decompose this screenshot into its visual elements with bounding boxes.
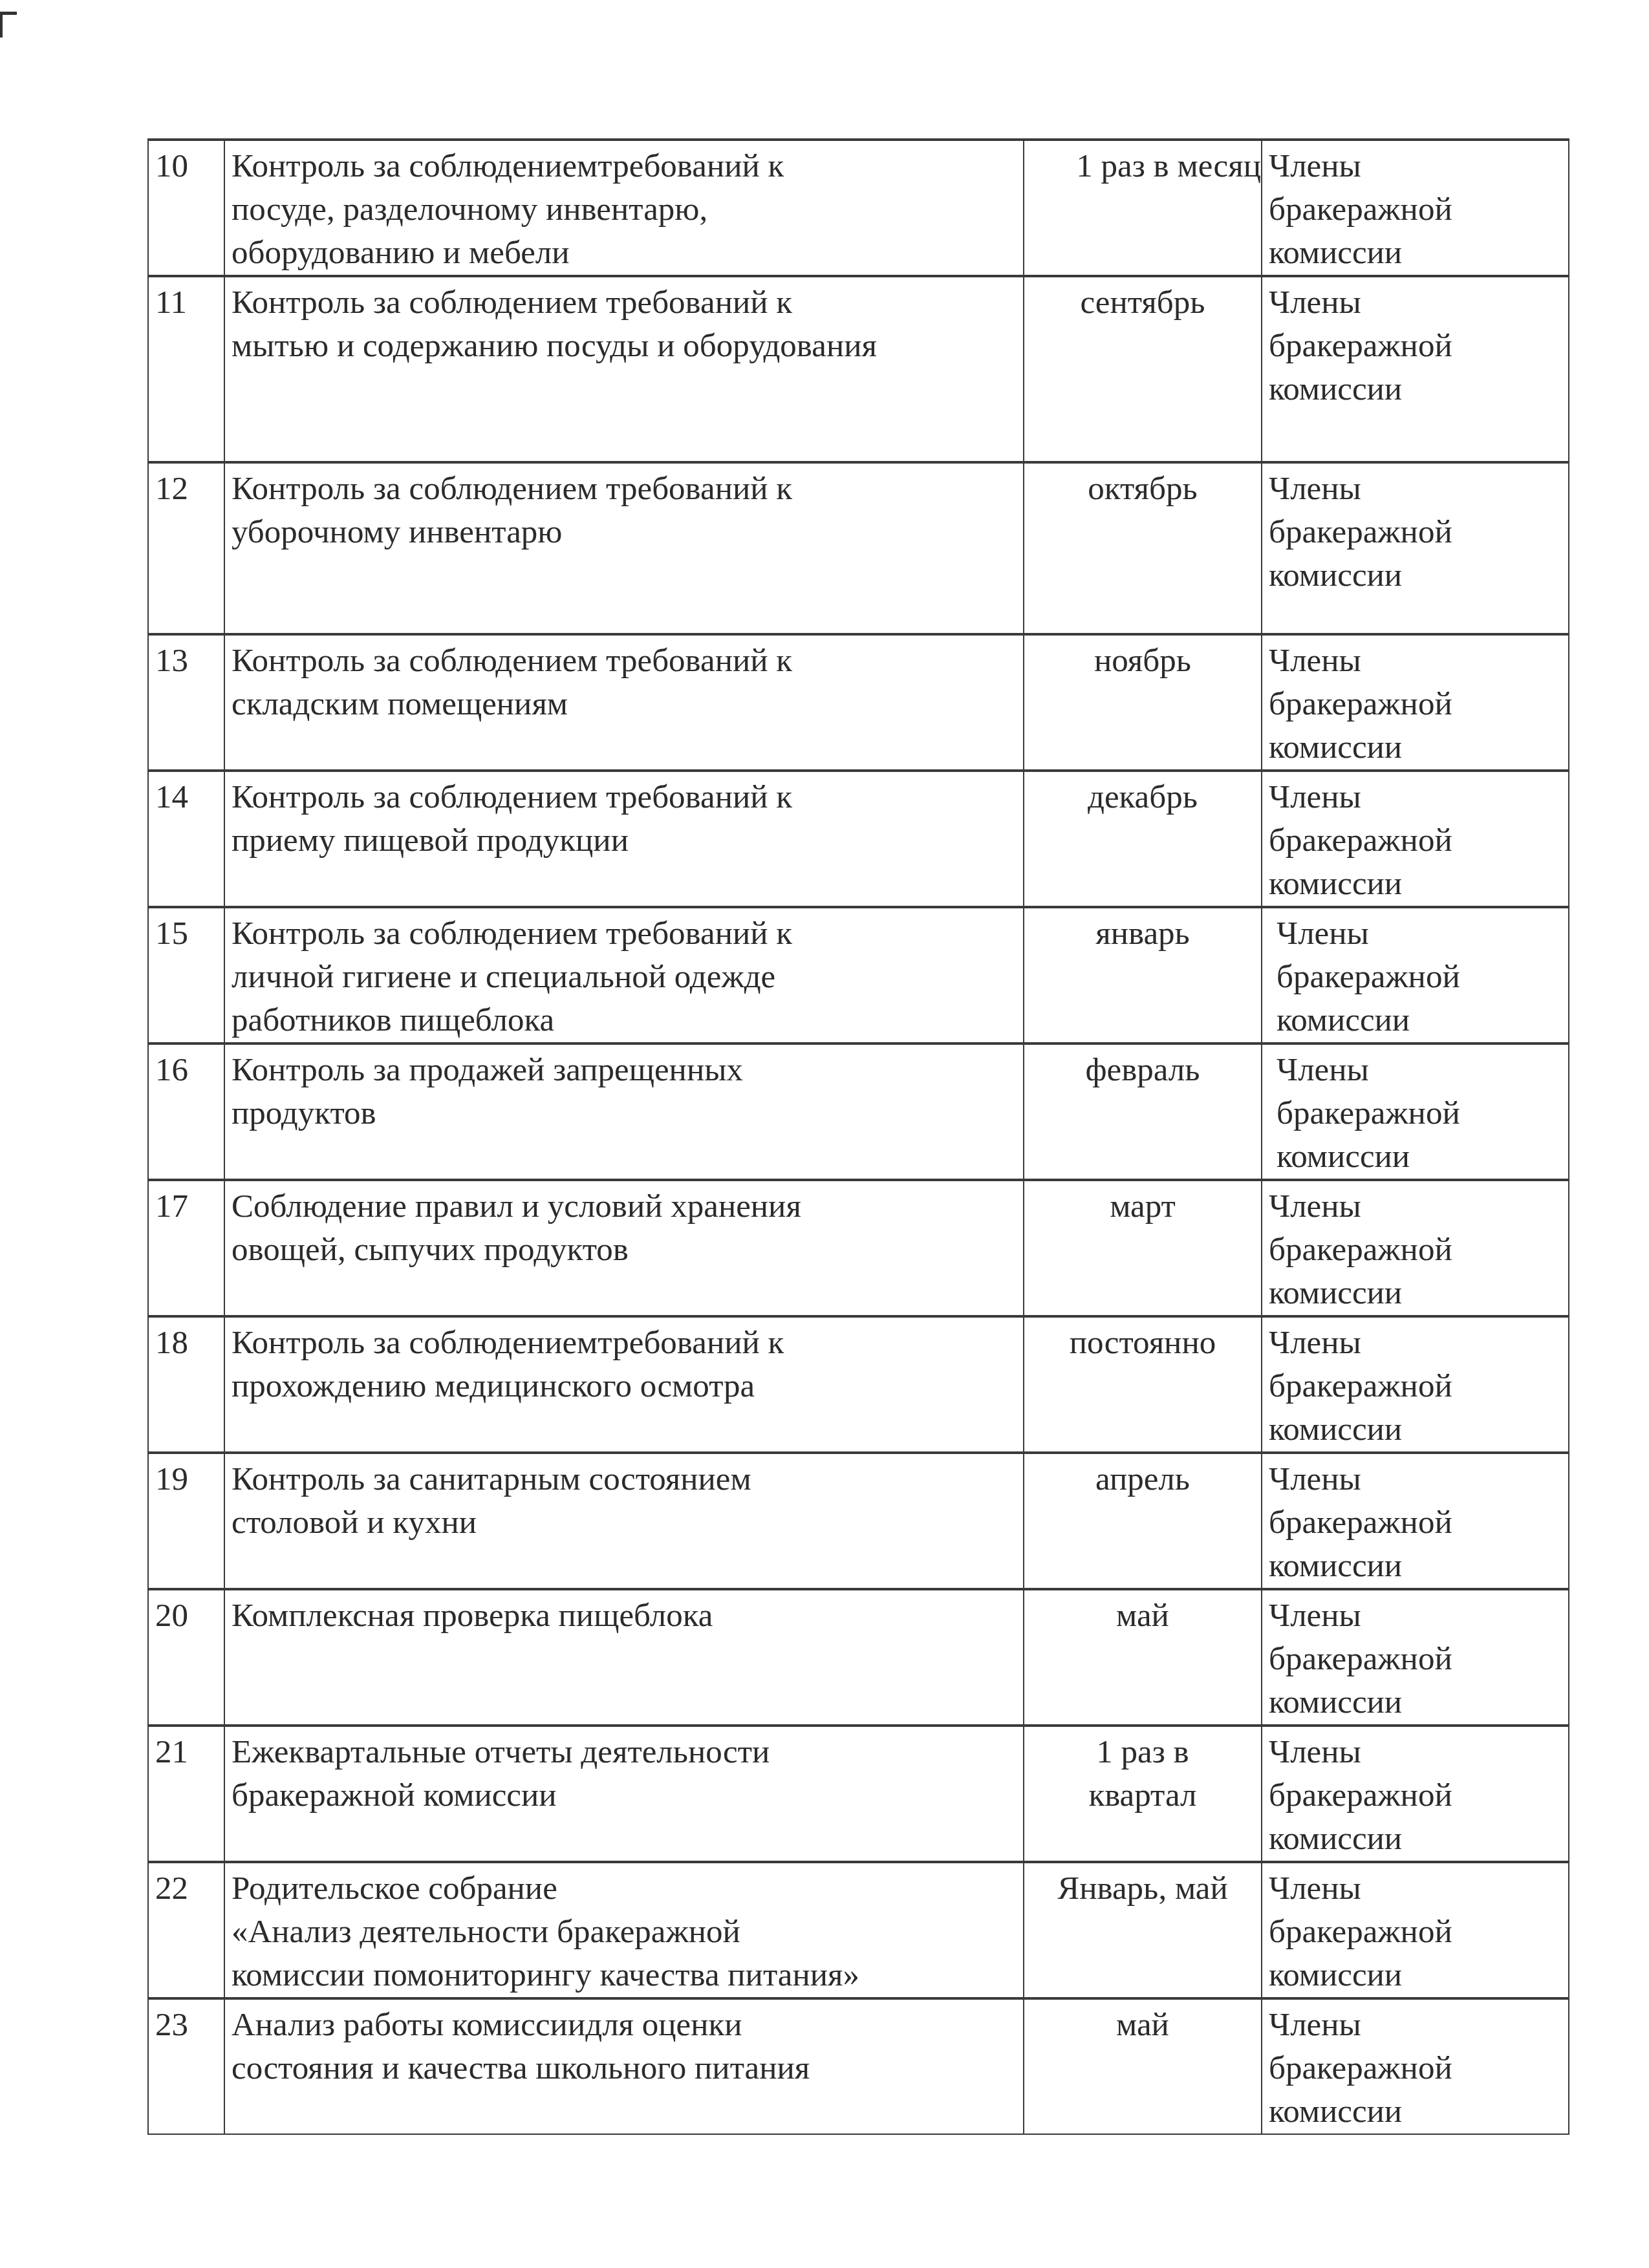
task-text-line: «Анализ деятельности бракеражной xyxy=(232,1910,1017,1954)
task-text-line: Комплексная проверка пищеблока xyxy=(232,1594,1017,1638)
schedule-cell: сентябрь xyxy=(1024,276,1262,462)
task-text-line: продуктов xyxy=(232,1092,1017,1135)
schedule-cell: 1 раз в месяц xyxy=(1024,140,1262,276)
responsible-text-line: комиссии xyxy=(1277,999,1562,1042)
task-text-line: состояния и качества школьного питания xyxy=(232,2047,1017,2090)
task-text-line: Анализ работы комиссиидля оценки xyxy=(232,2004,1017,2047)
row-number: 12 xyxy=(148,462,224,634)
row-number: 22 xyxy=(148,1862,224,1998)
responsible-text-line: Члены xyxy=(1269,145,1562,188)
responsible-cell: Членыбракеражнойкомиссии xyxy=(1262,1589,1569,1726)
responsible-text-line: бракеражной xyxy=(1269,1774,1562,1817)
row-number: 21 xyxy=(148,1726,224,1862)
responsible-text-line: бракеражной xyxy=(1269,188,1562,231)
task-text-line: Контроль за санитарным состоянием xyxy=(232,1458,1017,1501)
table-row: 22Родительское собрание «Анализ деятельн… xyxy=(148,1862,1569,1998)
table-body: 10Контроль за соблюдениемтребований кпос… xyxy=(148,140,1569,2134)
task-cell: Контроль за продажей запрещенныхпродукто… xyxy=(224,1043,1024,1180)
task-text-line: посуде, разделочному инвентарю, xyxy=(232,188,1017,231)
responsible-text-line: Члены xyxy=(1269,281,1562,325)
responsible-text-line: бракеражной xyxy=(1269,1365,1562,1408)
task-text-line: работников пищеблока xyxy=(232,999,1017,1042)
task-cell: Родительское собрание «Анализ деятельнос… xyxy=(224,1862,1024,1998)
schedule-cell: октябрь xyxy=(1024,462,1262,634)
schedule-cell: май xyxy=(1024,1998,1262,2134)
row-number: 14 xyxy=(148,771,224,907)
row-number: 18 xyxy=(148,1316,224,1453)
table-row: 23Анализ работы комиссиидля оценкисостоя… xyxy=(148,1998,1569,2134)
scan-corner-mark-vertical xyxy=(0,12,3,37)
responsible-cell: Членыбракеражнойкомиссии xyxy=(1262,1453,1569,1589)
responsible-text-line: комиссии xyxy=(1269,726,1562,769)
task-text-line: прохождению медицинского осмотра xyxy=(232,1365,1017,1408)
row-number: 17 xyxy=(148,1180,224,1316)
row-number: 13 xyxy=(148,634,224,771)
responsible-cell: Членыбракеражнойкомиссии xyxy=(1262,1862,1569,1998)
responsible-cell: Членыбракеражнойкомиссии xyxy=(1262,1043,1569,1180)
table-row: 19Контроль за санитарным состояниемстоло… xyxy=(148,1453,1569,1589)
responsible-text-line: комиссии xyxy=(1269,2090,1562,2134)
task-text-line: Соблюдение правил и условий хранения xyxy=(232,1185,1017,1228)
responsible-text-line: Члены xyxy=(1269,1185,1562,1228)
schedule-cell: Январь, май xyxy=(1024,1862,1262,1998)
responsible-text-line: Члены xyxy=(1269,776,1562,819)
responsible-text-line: комиссии xyxy=(1269,1817,1562,1861)
task-text-line: Контроль за соблюдениемтребований к xyxy=(232,145,1017,188)
responsible-cell: Членыбракеражнойкомиссии xyxy=(1262,634,1569,771)
task-text-line: оборудованию и мебели xyxy=(232,231,1017,275)
task-cell: Контроль за соблюдениемтребований кпрохо… xyxy=(224,1316,1024,1453)
responsible-text-line: Члены xyxy=(1269,1321,1562,1365)
responsible-text-line: Члены xyxy=(1269,1594,1562,1638)
task-cell: Контроль за соблюдениемтребований кпосуд… xyxy=(224,140,1024,276)
responsible-cell: Членыбракеражнойкомиссии xyxy=(1262,1316,1569,1453)
responsible-cell: Членыбракеражнойкомиссии xyxy=(1262,771,1569,907)
task-cell: Контроль за соблюдением требований кмыть… xyxy=(224,276,1024,462)
schedule-cell: январь xyxy=(1024,907,1262,1043)
responsible-text-line: бракеражной xyxy=(1269,325,1562,368)
schedule-cell: февраль xyxy=(1024,1043,1262,1180)
table-row: 10Контроль за соблюдениемтребований кпос… xyxy=(148,140,1569,276)
task-text-line: столовой и кухни xyxy=(232,1501,1017,1545)
responsible-text-line: комиссии xyxy=(1277,1135,1562,1179)
table-row: 11Контроль за соблюдением требований кмы… xyxy=(148,276,1569,462)
task-text-line: мытью и содержанию посуды и оборудования xyxy=(232,325,1017,368)
task-cell: Комплексная проверка пищеблока xyxy=(224,1589,1024,1726)
task-cell: Контроль за соблюдением требований кличн… xyxy=(224,907,1024,1043)
responsible-text-line: бракеражной xyxy=(1269,1638,1562,1681)
table-row: 12Контроль за соблюдением требований куб… xyxy=(148,462,1569,634)
schedule-cell: ноябрь xyxy=(1024,634,1262,771)
task-text-line: личной гигиене и специальной одежде xyxy=(232,956,1017,999)
responsible-text-line: комиссии xyxy=(1269,1408,1562,1451)
responsible-text-line: комиссии xyxy=(1269,554,1562,597)
row-number: 11 xyxy=(148,276,224,462)
task-cell: Соблюдение правил и условий храненияовощ… xyxy=(224,1180,1024,1316)
task-text-line: Контроль за соблюдениемтребований к xyxy=(232,1321,1017,1365)
schedule-cell: декабрь xyxy=(1024,771,1262,907)
row-number: 16 xyxy=(148,1043,224,1180)
table-row: 17Соблюдение правил и условий храненияов… xyxy=(148,1180,1569,1316)
task-cell: Контроль за соблюдением требований кприе… xyxy=(224,771,1024,907)
responsible-cell: Членыбракеражнойкомиссии xyxy=(1262,1998,1569,2134)
row-number: 10 xyxy=(148,140,224,276)
schedule-cell: апрель xyxy=(1024,1453,1262,1589)
task-cell: Контроль за соблюдением требований кубор… xyxy=(224,462,1024,634)
responsible-cell: Членыбракеражнойкомиссии xyxy=(1262,1726,1569,1862)
task-text-line: Контроль за соблюдением требований к xyxy=(232,281,1017,325)
responsible-text-line: комиссии xyxy=(1269,862,1562,906)
task-cell: Контроль за санитарным состояниемстолово… xyxy=(224,1453,1024,1589)
task-text-line: комиссии помониторингу качества питания» xyxy=(232,1954,1017,1997)
task-text-line: Ежеквартальные отчеты деятельности xyxy=(232,1731,1017,1774)
table-row: 18Контроль за соблюдениемтребований кпро… xyxy=(148,1316,1569,1453)
responsible-text-line: бракеражной xyxy=(1277,1092,1562,1135)
row-number: 23 xyxy=(148,1998,224,2134)
responsible-text-line: бракеражной xyxy=(1269,683,1562,726)
task-text-line: Контроль за соблюдением требований к xyxy=(232,776,1017,819)
responsible-cell: Членыбракеражнойкомиссии xyxy=(1262,276,1569,462)
task-text-line: Контроль за соблюдением требований к xyxy=(232,912,1017,956)
responsible-text-line: бракеражной xyxy=(1269,2047,1562,2090)
task-text-line: бракеражной комиссии xyxy=(232,1774,1017,1817)
table-row: 21Ежеквартальные отчеты деятельностибрак… xyxy=(148,1726,1569,1862)
responsible-text-line: бракеражной xyxy=(1269,1910,1562,1954)
responsible-text-line: комиссии xyxy=(1269,1954,1562,1997)
responsible-text-line: Члены xyxy=(1269,1458,1562,1501)
task-text-line: складским помещениям xyxy=(232,683,1017,726)
schedule-cell: март xyxy=(1024,1180,1262,1316)
responsible-text-line: Члены xyxy=(1269,639,1562,683)
task-text-line: Контроль за соблюдением требований к xyxy=(232,467,1017,511)
responsible-cell: Членыбракеражнойкомиссии xyxy=(1262,140,1569,276)
responsible-cell: Членыбракеражнойкомиссии xyxy=(1262,907,1569,1043)
responsible-text-line: Члены xyxy=(1269,1867,1562,1910)
responsible-text-line: Члены xyxy=(1269,2004,1562,2047)
responsible-text-line: комиссии xyxy=(1269,368,1562,411)
responsible-text-line: бракеражной xyxy=(1277,956,1562,999)
task-cell: Ежеквартальные отчеты деятельностибракер… xyxy=(224,1726,1024,1862)
row-number: 19 xyxy=(148,1453,224,1589)
task-text-line: Контроль за продажей запрещенных xyxy=(232,1049,1017,1092)
row-number: 15 xyxy=(148,907,224,1043)
table-row: 13Контроль за соблюдением требований кск… xyxy=(148,634,1569,771)
responsible-cell: Членыбракеражнойкомиссии xyxy=(1262,462,1569,634)
responsible-text-line: Члены xyxy=(1277,912,1562,956)
table-row: 15Контроль за соблюдением требований кли… xyxy=(148,907,1569,1043)
responsible-text-line: комиссии xyxy=(1269,1681,1562,1724)
commission-plan-table: 10Контроль за соблюдениемтребований кпос… xyxy=(147,138,1569,2135)
task-text-line: Родительское собрание xyxy=(232,1867,1017,1910)
table-row: 16Контроль за продажей запрещенныхпродук… xyxy=(148,1043,1569,1180)
responsible-text-line: Члены xyxy=(1269,467,1562,511)
schedule-cell: постоянно xyxy=(1024,1316,1262,1453)
task-text-line: овощей, сыпучих продуктов xyxy=(232,1228,1017,1272)
responsible-text-line: Члены xyxy=(1269,1731,1562,1774)
responsible-text-line: комиссии xyxy=(1269,231,1562,275)
table-row: 20Комплексная проверка пищеблокамайЧлены… xyxy=(148,1589,1569,1726)
row-number: 20 xyxy=(148,1589,224,1726)
responsible-cell: Членыбракеражнойкомиссии xyxy=(1262,1180,1569,1316)
responsible-text-line: Члены xyxy=(1277,1049,1562,1092)
table-row: 14Контроль за соблюдением требований кпр… xyxy=(148,771,1569,907)
responsible-text-line: комиссии xyxy=(1269,1545,1562,1588)
task-text-line: приему пищевой продукции xyxy=(232,819,1017,862)
task-text-line: уборочному инвентарю xyxy=(232,511,1017,554)
responsible-text-line: бракеражной xyxy=(1269,1228,1562,1272)
task-cell: Контроль за соблюдением требований кскла… xyxy=(224,634,1024,771)
responsible-text-line: бракеражной xyxy=(1269,511,1562,554)
task-text-line: Контроль за соблюдением требований к xyxy=(232,639,1017,683)
schedule-cell: 1 раз в квартал xyxy=(1024,1726,1262,1862)
task-cell: Анализ работы комиссиидля оценкисостояни… xyxy=(224,1998,1024,2134)
responsible-text-line: комиссии xyxy=(1269,1272,1562,1315)
schedule-cell: май xyxy=(1024,1589,1262,1726)
responsible-text-line: бракеражной xyxy=(1269,1501,1562,1545)
responsible-text-line: бракеражной xyxy=(1269,819,1562,862)
